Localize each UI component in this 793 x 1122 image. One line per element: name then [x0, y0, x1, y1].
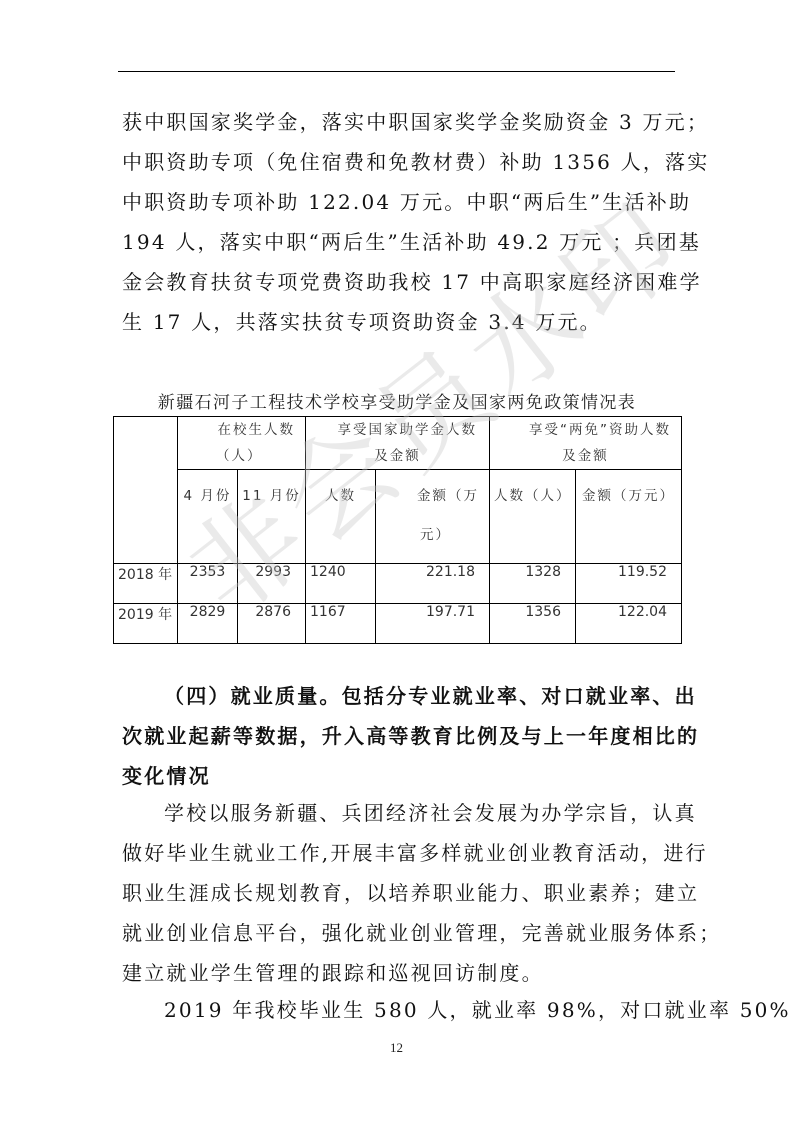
cell-exempt-count: 1356 [490, 604, 576, 644]
heading-line: 次就业起薪等数据，升入高等教育比例及与上一年度相比的 [122, 716, 672, 756]
table-subheader-row: 4 月份 11 月份 人数 金额（万 元） 人数（人） 金额（万元） [114, 470, 682, 564]
cell-exempt-count: 1328 [490, 564, 576, 604]
subheader-grant-count: 人数 [306, 470, 376, 564]
text-line: 2019 年我校毕业生 580 人，就业率 98%，对口就业率 50%； [122, 990, 672, 1030]
subheader-november: 11 月份 [238, 470, 306, 564]
table-caption: 新疆石河子工程技术学校享受助学金及国家两免政策情况表 [113, 388, 681, 413]
subheader-exempt-amount: 金额（万元） [576, 470, 682, 564]
heading-line: （四）就业质量。包括分专业就业率、对口就业率、出 [122, 676, 672, 716]
text-line: 建立就业学生管理的跟踪和巡视回访制度。 [122, 953, 672, 993]
subheader-exempt-count: 人数（人） [490, 470, 576, 564]
cell-exempt-amount: 119.52 [576, 564, 682, 604]
paragraph-graduate-stats: 2019 年我校毕业生 580 人，就业率 98%，对口就业率 50%； [122, 990, 672, 1030]
text-line: 金会教育扶贫专项党费资助我校 17 中高职家庭经济困难学 [122, 262, 672, 302]
cell-november: 2876 [238, 604, 306, 644]
cell-grant-count: 1167 [306, 604, 376, 644]
text-line: 就业创业信息平台，强化就业创业管理，完善就业服务体系； [122, 913, 672, 953]
group-header-two-exemptions: 享受“两免”资助人数 及金额 [490, 417, 682, 470]
cell-year: 2018 年 [114, 564, 178, 604]
cell-grant-count: 1240 [306, 564, 376, 604]
page-number: 12 [0, 1040, 793, 1056]
group-header-national-grant: 享受国家助学金人数 及金额 [306, 417, 490, 470]
cell-april: 2829 [178, 604, 238, 644]
cell-year: 2019 年 [114, 604, 178, 644]
header-rule [118, 71, 675, 72]
cell-grant-amount: 197.71 [376, 604, 490, 644]
empty-corner-cell [114, 417, 178, 564]
text-line: 职业生涯成长规划教育，以培养职业能力、职业素养；建立 [122, 873, 672, 913]
group-header-enrolled: 在校生人数 （人） [178, 417, 306, 470]
table-row: 2019 年 2829 2876 1167 197.71 1356 122.04 [114, 604, 682, 644]
cell-april: 2353 [178, 564, 238, 604]
subheader-grant-amount: 金额（万 元） [376, 470, 490, 564]
text-line: 生 17 人，共落实扶贫专项资助资金 3.4 万元。 [122, 302, 672, 342]
paragraph-funding: 获中职国家奖学金，落实中职国家奖学金奖励资金 3 万元； 中职资助专项（免住宿费… [122, 102, 672, 342]
paragraph-employment-work: 学校以服务新疆、兵团经济社会发展为办学宗旨，认真 做好毕业生就业工作,开展丰富多… [122, 793, 672, 993]
text-line: 获中职国家奖学金，落实中职国家奖学金奖励资金 3 万元； [122, 102, 672, 142]
table-row: 2018 年 2353 2993 1240 221.18 1328 119.52 [114, 564, 682, 604]
table-header-row: 在校生人数 （人） 享受国家助学金人数 及金额 享受“两免”资助人数 及金额 [114, 417, 682, 470]
document-page: 获中职国家奖学金，落实中职国家奖学金奖励资金 3 万元； 中职资助专项（免住宿费… [0, 0, 793, 1122]
text-line: 中职资助专项补助 122.04 万元。中职“两后生”生活补助 [122, 182, 672, 222]
subsidy-table: 在校生人数 （人） 享受国家助学金人数 及金额 享受“两免”资助人数 及金额 4… [113, 416, 682, 644]
subheader-april: 4 月份 [178, 470, 238, 564]
text-line: 中职资助专项（免住宿费和免教材费）补助 1356 人，落实 [122, 142, 672, 182]
text-line: 做好毕业生就业工作,开展丰富多样就业创业教育活动，进行 [122, 833, 672, 873]
text-line: 194 人，落实中职“两后生”生活补助 49.2 万元 ；兵团基 [122, 222, 672, 262]
heading-line: 变化情况 [122, 756, 672, 796]
cell-november: 2993 [238, 564, 306, 604]
text-line: 学校以服务新疆、兵团经济社会发展为办学宗旨，认真 [122, 793, 672, 833]
cell-exempt-amount: 122.04 [576, 604, 682, 644]
cell-grant-amount: 221.18 [376, 564, 490, 604]
section-heading-employment-quality: （四）就业质量。包括分专业就业率、对口就业率、出 次就业起薪等数据，升入高等教育… [122, 676, 672, 796]
